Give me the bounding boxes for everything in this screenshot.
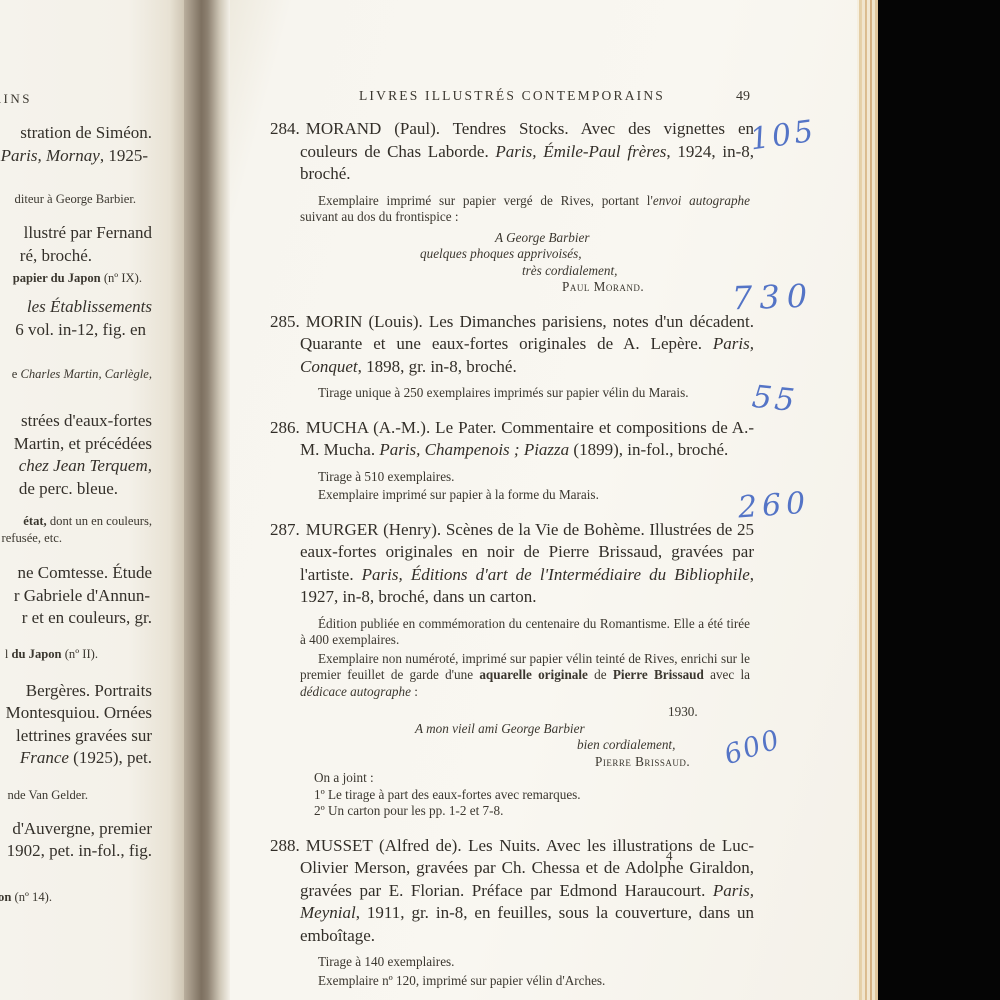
handwritten-price: 55 xyxy=(750,379,799,420)
dedication-line: A mon vieil ami George Barbier xyxy=(415,721,754,738)
text-segment: Exemplaire nº 120, imprimé sur papier vé… xyxy=(318,973,605,988)
left-page-text-fragment: nde Van Gelder. xyxy=(7,787,88,803)
page-edges xyxy=(857,0,878,1000)
dedication-line: A George Barbier xyxy=(495,230,754,247)
text-segment: Exemplaire imprimé sur papier vergé de R… xyxy=(318,193,653,208)
text-segment: refusée, etc. xyxy=(2,531,62,545)
left-page-text-fragment: on (nº 14). xyxy=(0,889,52,905)
left-page-text-fragment: chez Jean Terquem, xyxy=(19,455,152,477)
text-segment: de perc. bleue. xyxy=(19,479,118,498)
left-page-text-fragment: ne Comtesse. Étude xyxy=(17,562,152,584)
text-segment: Bergères. Portraits xyxy=(26,681,152,700)
dedication-line: 1930. xyxy=(668,704,754,721)
text-segment: (nº IX). xyxy=(101,271,142,285)
left-page-text-fragment: l du Japon (nº II). xyxy=(5,646,98,662)
left-page-text-fragment: ré, broché. xyxy=(20,245,92,267)
running-header: LIVRES ILLUSTRÉS CONTEMPORAINS 49 xyxy=(270,88,754,110)
entry-number: 288. xyxy=(270,836,306,855)
entry-heading: 288.MUSSET (Alfred de). Les Nuits. Avec … xyxy=(270,835,754,948)
left-page-text-fragment: diteur à George Barbier. xyxy=(15,191,136,207)
entry-heading: 285.MORIN (Louis). Les Dimanches parisie… xyxy=(270,311,754,379)
entry-number: 285. xyxy=(270,312,306,331)
text-segment: (1899), in-fol., broché. xyxy=(569,440,728,459)
left-page-text-fragment: Paris, Mornay, 1925- xyxy=(1,145,148,167)
left-page-text-fragment: strées d'eaux-fortes xyxy=(21,410,152,432)
text-segment: Paris, Émile-Paul frères xyxy=(495,142,666,161)
left-page-text-fragment: Bergères. Portraits xyxy=(26,680,152,702)
left-page-text-fragment: état, dont un en couleurs, xyxy=(23,513,152,529)
catalog-entry: 285.MORIN (Louis). Les Dimanches parisie… xyxy=(270,311,754,402)
text-segment: on xyxy=(0,890,11,904)
text-segment: état, xyxy=(23,514,46,528)
left-page-text-fragment: refusée, etc. xyxy=(2,530,62,546)
text-segment: ne Comtesse. Étude xyxy=(17,563,152,582)
text-segment: Tirage unique à 250 exemplaires imprimés… xyxy=(318,385,689,400)
text-segment: Paris, Mornay xyxy=(1,146,100,165)
text-segment: , 1925- xyxy=(100,146,148,165)
text-segment: France xyxy=(20,748,69,767)
left-page: AINSstration de Siméon.Paris, Mornay, 19… xyxy=(0,0,184,1000)
signature-mark: 4 xyxy=(666,848,673,864)
text-segment: chez Jean Terquem, xyxy=(19,456,152,475)
text-segment: lettrines gravées sur xyxy=(16,726,152,745)
text-segment: MUSSET (Alfred de). Les Nuits. Avec les … xyxy=(300,836,754,900)
catalog-entry: 284.MORAND (Paul). Tendres Stocks. Avec … xyxy=(270,118,754,296)
text-segment: 1902, pet. in-fol., fig. xyxy=(7,841,152,860)
entry-heading: 284.MORAND (Paul). Tendres Stocks. Avec … xyxy=(270,118,754,186)
entry-note: Édition publiée en commémoration du cent… xyxy=(300,616,750,649)
joint-list-line: 1º Le tirage à part des eaux-fortes avec… xyxy=(314,787,754,804)
entries-list: 284.MORAND (Paul). Tendres Stocks. Avec … xyxy=(270,118,754,989)
dedication-line: quelques phoques apprivoisés, xyxy=(420,246,754,263)
text-segment: strées d'eaux-fortes xyxy=(21,411,152,430)
text-segment: , 1898, gr. in-8, broché. xyxy=(358,357,517,376)
text-segment: MORIN (Louis). Les Dimanches parisiens, … xyxy=(300,312,754,354)
handwritten-price: 730 xyxy=(731,277,814,318)
text-segment: Charles Martin, Carlègle, xyxy=(20,367,152,381)
left-page-text-fragment: e Charles Martin, Carlègle, xyxy=(12,366,152,382)
right-page-text-block: LIVRES ILLUSTRÉS CONTEMPORAINS 49 284.MO… xyxy=(270,88,754,1000)
text-segment: (1925), pet. xyxy=(69,748,152,767)
text-segment: llustré par Fernand xyxy=(24,223,152,242)
catalog-entry: 286.MUCHA (A.-M.). Le Pater. Commentaire… xyxy=(270,417,754,504)
text-segment: Édition publiée en commémoration du cent… xyxy=(300,616,750,648)
entry-note: Tirage unique à 250 exemplaires imprimés… xyxy=(300,385,750,402)
text-segment: Martin, et précédées xyxy=(14,434,152,453)
left-page-text-fragment: r Gabriele d'Annun- xyxy=(14,585,150,607)
left-page-text-fragment: 6 vol. in-12, fig. en xyxy=(15,319,146,341)
left-page-text-fragment: les Établissements xyxy=(27,296,152,318)
dedication-line: très cordialement, xyxy=(522,263,754,280)
text-segment: stration de Siméon. xyxy=(20,123,152,142)
text-segment: Tirage à 140 exemplaires. xyxy=(318,954,454,969)
left-page-text-fragment: lettrines gravées sur xyxy=(16,725,152,747)
text-segment: avec la xyxy=(704,667,750,682)
text-segment: nde Van Gelder. xyxy=(7,788,88,802)
book-gutter xyxy=(184,0,230,1000)
left-page-text-fragment: Martin, et précédées xyxy=(14,433,152,455)
text-segment: r et en couleurs, gr. xyxy=(22,608,152,627)
text-segment: suivant au dos du frontispice : xyxy=(300,209,459,224)
text-segment: Paris, Champenois ; Piazza xyxy=(379,440,569,459)
dedication-line: Paul Morand. xyxy=(562,279,754,296)
left-page-text-fragment: 1902, pet. in-fol., fig. xyxy=(7,840,152,862)
text-segment: aquarelle originale xyxy=(479,667,588,682)
left-page-text-fragment: d'Auvergne, premier xyxy=(12,818,152,840)
entry-note: Exemplaire imprimé sur papier à la forme… xyxy=(300,487,750,504)
running-title: LIVRES ILLUSTRÉS CONTEMPORAINS xyxy=(359,88,665,103)
text-segment: 6 vol. in-12, fig. en xyxy=(15,320,146,339)
entry-number: 286. xyxy=(270,418,306,437)
joint-list-line: On a joint : xyxy=(314,770,754,787)
text-segment: ré, broché. xyxy=(20,246,92,265)
book-photo: AINSstration de Siméon.Paris, Mornay, 19… xyxy=(0,0,1000,1000)
left-page-text-fragment: r et en couleurs, gr. xyxy=(22,607,152,629)
text-segment: de xyxy=(588,667,613,682)
entry-note: Tirage à 510 exemplaires. xyxy=(300,469,750,486)
joint-list-line: 2º Un carton pour les pp. 1-2 et 7-8. xyxy=(314,803,754,820)
text-segment: diteur à George Barbier. xyxy=(15,192,136,206)
entry-note: Exemplaire imprimé sur papier vergé de R… xyxy=(300,193,750,226)
text-segment: envoi autographe xyxy=(653,193,750,208)
entry-heading: 286.MUCHA (A.-M.). Le Pater. Commentaire… xyxy=(270,417,754,462)
entry-heading: 287.MURGER (Henry). Scènes de la Vie de … xyxy=(270,519,754,609)
handwritten-price: 260 xyxy=(737,486,812,526)
catalog-entry: 288.MUSSET (Alfred de). Les Nuits. Avec … xyxy=(270,835,754,990)
left-page-text-fragment: stration de Siméon. xyxy=(20,122,152,144)
text-segment: r Gabriele d'Annun- xyxy=(14,586,150,605)
text-segment: , 1911, gr. in-8, en feuilles, sous la c… xyxy=(300,903,754,945)
text-segment: du Japon xyxy=(12,647,62,661)
text-segment: (nº II). xyxy=(62,647,98,661)
left-page-text-fragment: France (1925), pet. xyxy=(20,747,152,769)
left-page-text-fragment: Montesquiou. Ornées xyxy=(6,702,152,724)
text-segment: : xyxy=(411,684,418,699)
left-page-text-fragment: AINS xyxy=(0,88,32,110)
text-segment: d'Auvergne, premier xyxy=(12,819,152,838)
text-segment: Montesquiou. Ornées xyxy=(6,703,152,722)
text-segment: Exemplaire imprimé sur papier à la forme… xyxy=(318,487,599,502)
left-page-text-fragment: papier du Japon (nº IX). xyxy=(13,270,142,286)
entry-number: 287. xyxy=(270,520,306,539)
left-page-text-fragment: llustré par Fernand xyxy=(24,222,152,244)
text-segment: les Établissements xyxy=(27,297,152,316)
entry-note: Tirage à 140 exemplaires. xyxy=(300,954,750,971)
entry-note: Exemplaire nº 120, imprimé sur papier vé… xyxy=(300,973,750,990)
left-page-text-fragment: de perc. bleue. xyxy=(19,478,118,500)
entry-number: 284. xyxy=(270,119,306,138)
page-number: 49 xyxy=(736,89,750,105)
text-segment: AINS xyxy=(0,91,32,106)
text-segment: dédicace autographe xyxy=(300,684,411,699)
text-segment: papier du Japon xyxy=(13,271,101,285)
entry-note: Exemplaire non numéroté, imprimé sur pap… xyxy=(300,651,750,701)
text-segment: Paris, Éditions d'art de l'Intermédiaire… xyxy=(362,565,750,584)
text-segment: l xyxy=(5,647,12,661)
text-segment: Tirage à 510 exemplaires. xyxy=(318,469,454,484)
text-segment: (nº 14). xyxy=(11,890,52,904)
text-segment: dont un en couleurs, xyxy=(47,514,152,528)
text-segment: Pierre Brissaud xyxy=(613,667,704,682)
catalog-entry: 287.MURGER (Henry). Scènes de la Vie de … xyxy=(270,519,754,820)
